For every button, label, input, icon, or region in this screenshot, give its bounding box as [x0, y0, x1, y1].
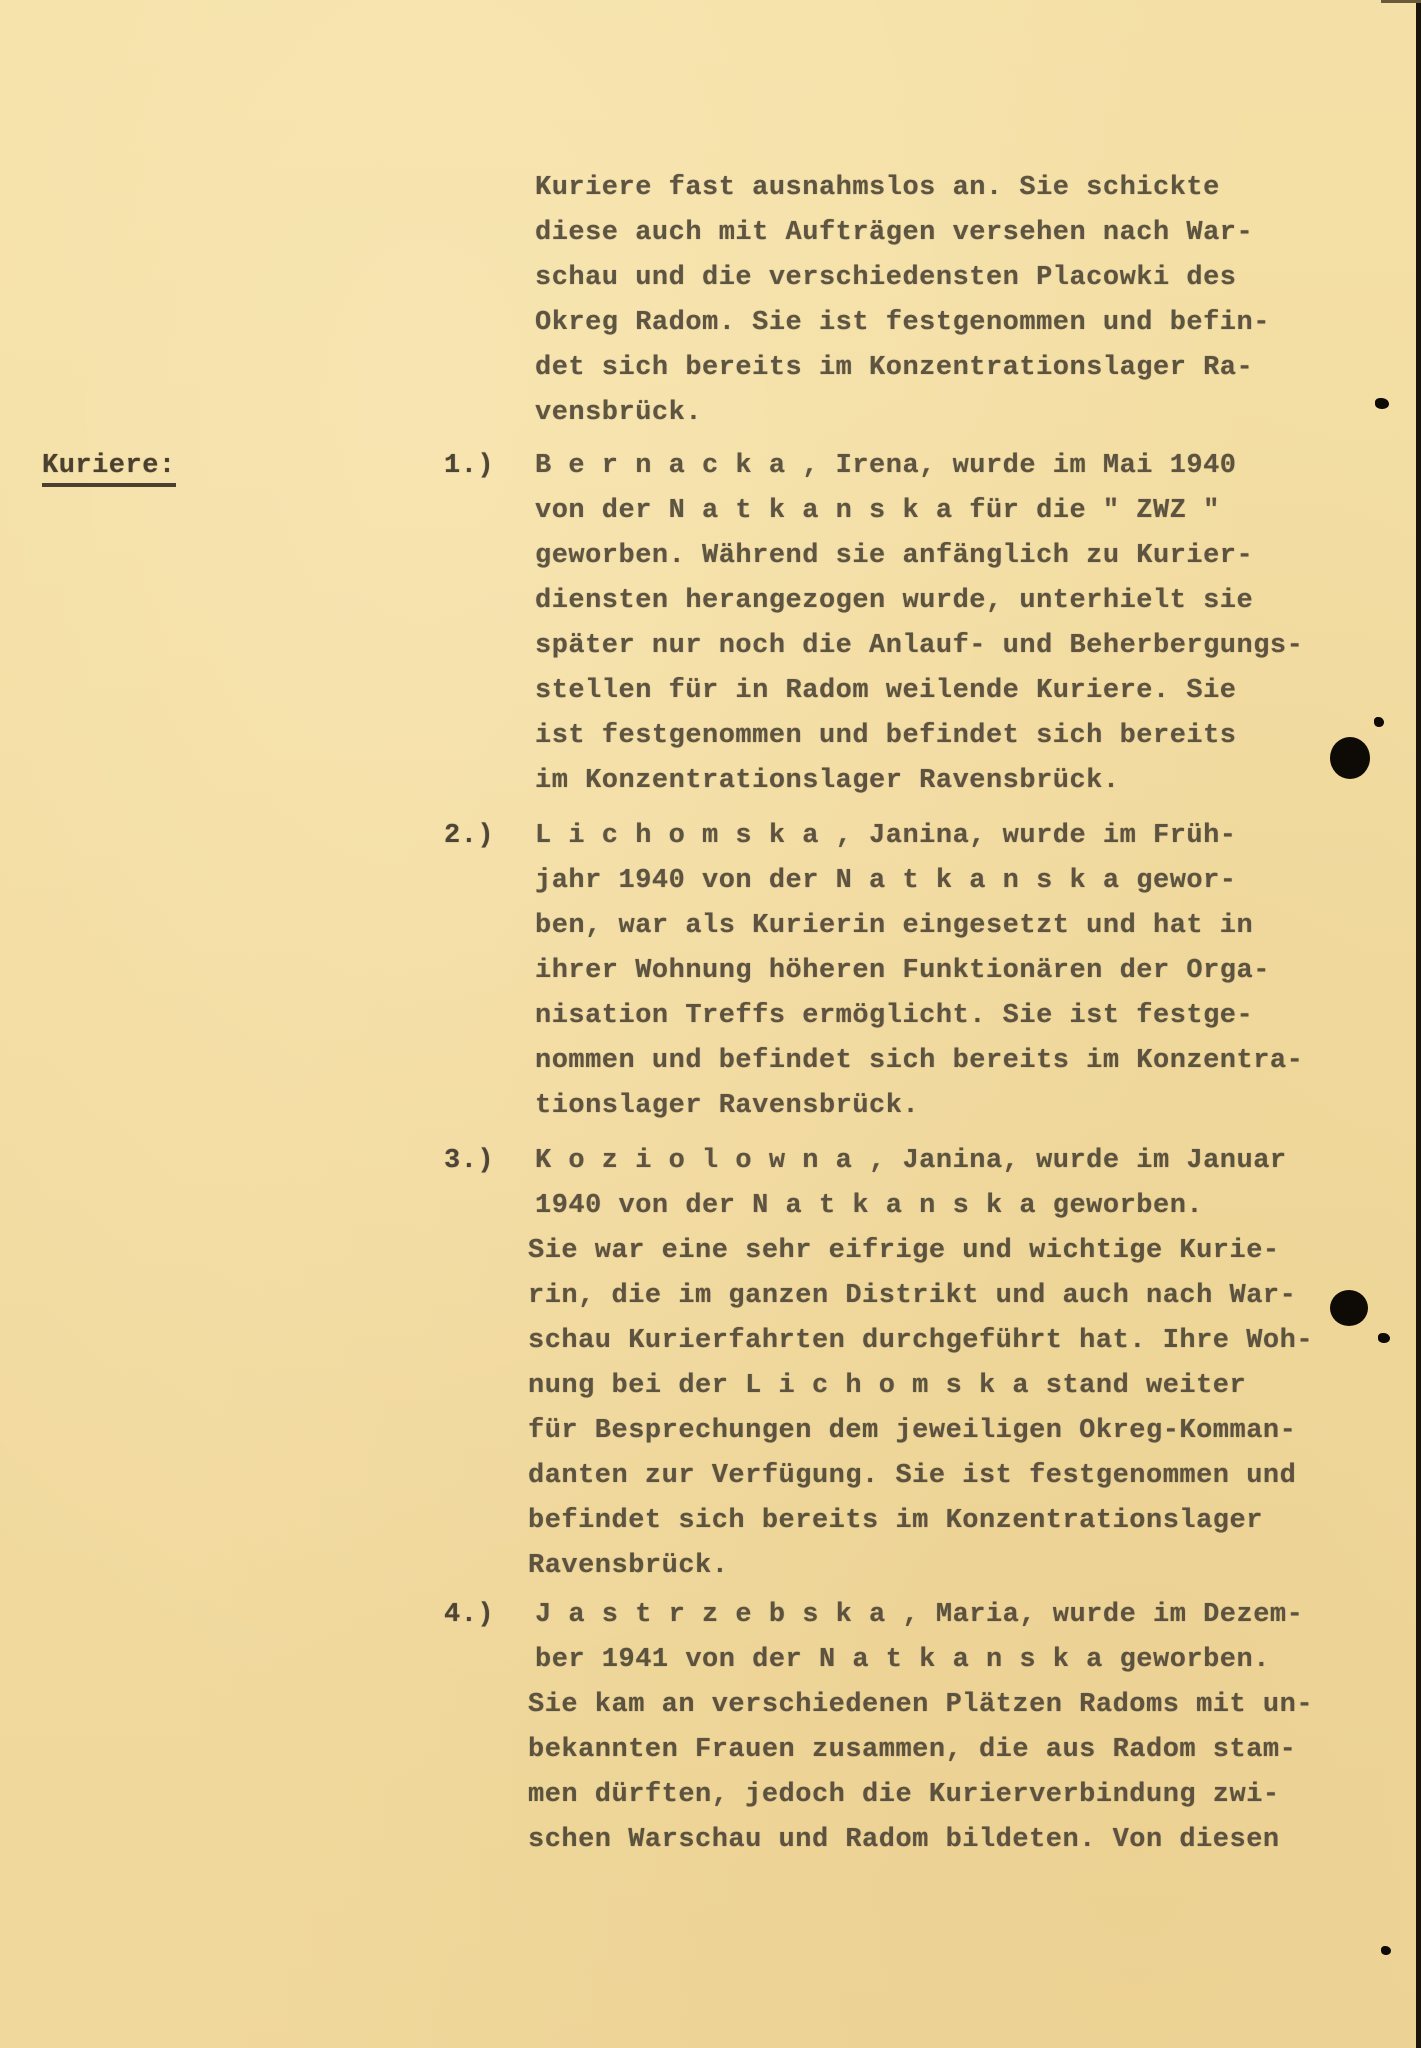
text-line: befindet sich bereits im Konzentrationsl… — [528, 1503, 1263, 1539]
text-line: jahr 1940 von der N a t k a n s k a gewo… — [535, 863, 1237, 899]
section-heading-kuriere: Kuriere: — [42, 448, 176, 484]
text-line: rin, die im ganzen Distrikt und auch nac… — [528, 1278, 1296, 1314]
text-line: später nur noch die Anlauf- und Beherber… — [535, 628, 1303, 664]
item-number: 4.) — [444, 1597, 494, 1633]
typewritten-document: Kuriere fast ausnahmslos an. Sie schickt… — [0, 0, 1421, 2048]
text-line: K o z i o l o w n a , Janina, wurde im J… — [535, 1143, 1287, 1179]
text-line: Okreg Radom. Sie ist festgenommen und be… — [535, 305, 1270, 341]
item-number: 3.) — [444, 1143, 494, 1179]
text-line: Sie war eine sehr eifrige und wichtige K… — [528, 1233, 1280, 1269]
text-line: nung bei der L i c h o m s k a stand wei… — [528, 1368, 1246, 1404]
text-line: diensten herangezogen wurde, unterhielt … — [535, 583, 1253, 619]
text-line: schen Warschau und Radom bildeten. Von d… — [528, 1822, 1280, 1858]
text-line: stellen für in Radom weilende Kuriere. S… — [535, 673, 1237, 709]
item-number: 2.) — [444, 818, 494, 854]
double-underline — [42, 483, 176, 487]
text-line: schau Kurierfahrten durchgeführt hat. Ih… — [528, 1323, 1313, 1359]
text-line: diese auch mit Aufträgen versehen nach W… — [535, 215, 1253, 251]
section-heading-text: Kuriere: — [42, 451, 176, 481]
text-line: L i c h o m s k a , Janina, wurde im Frü… — [535, 818, 1237, 854]
text-line: bekannten Frauen zusammen, die aus Radom… — [528, 1732, 1296, 1768]
text-line: det sich bereits im Konzentrationslager … — [535, 350, 1253, 386]
text-line: Kuriere fast ausnahmslos an. Sie schickt… — [535, 170, 1220, 206]
text-line: ihrer Wohnung höheren Funktionären der O… — [535, 953, 1270, 989]
text-line: 1940 von der N a t k a n s k a geworben. — [535, 1188, 1203, 1224]
text-line: Ravensbrück. — [528, 1548, 728, 1584]
text-line: nommen und befindet sich bereits im Konz… — [535, 1043, 1303, 1079]
text-line: von der N a t k a n s k a für die " ZWZ … — [535, 493, 1220, 529]
text-line: ber 1941 von der N a t k a n s k a gewor… — [535, 1642, 1270, 1678]
text-line: vensbrück. — [535, 395, 702, 431]
text-line: geworben. Während sie anfänglich zu Kuri… — [535, 538, 1253, 574]
text-line: nisation Treffs ermöglicht. Sie ist fest… — [535, 998, 1253, 1034]
text-line: ben, war als Kurierin eingesetzt und hat… — [535, 908, 1253, 944]
item-number: 1.) — [444, 448, 494, 484]
text-line: danten zur Verfügung. Sie ist festgenomm… — [528, 1458, 1296, 1494]
text-line: Sie kam an verschiedenen Plätzen Radoms … — [528, 1687, 1313, 1723]
text-line: für Besprechungen dem jeweiligen Okreg-K… — [528, 1413, 1296, 1449]
text-line: men dürften, jedoch die Kurierverbindung… — [528, 1777, 1280, 1813]
text-line: im Konzentrationslager Ravensbrück. — [535, 763, 1120, 799]
text-line: schau und die verschiedensten Placowki d… — [535, 260, 1237, 296]
text-line: tionslager Ravensbrück. — [535, 1088, 919, 1124]
text-line: J a s t r z e b s k a , Maria, wurde im … — [535, 1597, 1303, 1633]
text-line: ist festgenommen und befindet sich berei… — [535, 718, 1237, 754]
text-line: B e r n a c k a , Irena, wurde im Mai 19… — [535, 448, 1237, 484]
